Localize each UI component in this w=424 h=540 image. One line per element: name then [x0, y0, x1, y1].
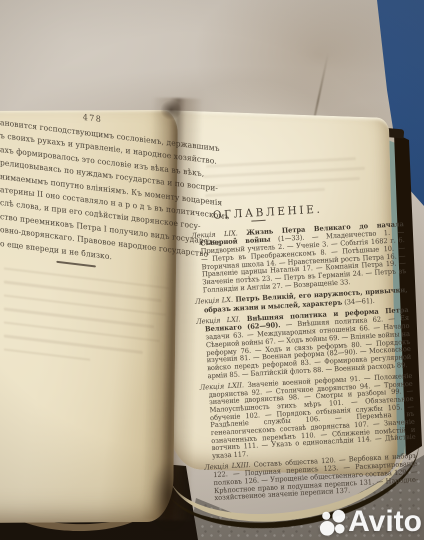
table-of-contents: ОГЛАВЛЕНІЕ. Лекція LIX. Жизнь Петра Вели… — [190, 201, 419, 506]
toc-entry: Лекція LXI. Внѣшняя политика и реформа П… — [196, 306, 412, 381]
avito-logo-icon — [319, 509, 346, 536]
end-of-text-rule — [56, 261, 95, 267]
lecture-sections: Составъ общества 120. — Вербовка и набор… — [213, 452, 418, 502]
avito-watermark: Avito — [319, 507, 422, 537]
gutter-shadow-top — [160, 100, 182, 120]
toc-entry: Лекція LXII. Значеніе военной реформы 91… — [200, 372, 417, 462]
photo-scene: ОГЛАВЛЕНІЕ. Лекція LIX. Жизнь Петра Вели… — [0, 0, 424, 540]
heading-rule — [251, 219, 265, 221]
gutter-shadow — [140, 97, 203, 520]
gutter-shadow-bottom — [150, 460, 190, 530]
toc-entry: Лекція LIX. Жизнь Петра Великаго до нача… — [191, 220, 407, 295]
page-number: 478 — [83, 112, 102, 128]
avito-watermark-text: Avito — [348, 507, 422, 537]
toc-entry: Лекція LXIII. Составъ общества 120. — Ве… — [204, 452, 419, 503]
lecture-sections: (34—61). — [344, 296, 375, 306]
